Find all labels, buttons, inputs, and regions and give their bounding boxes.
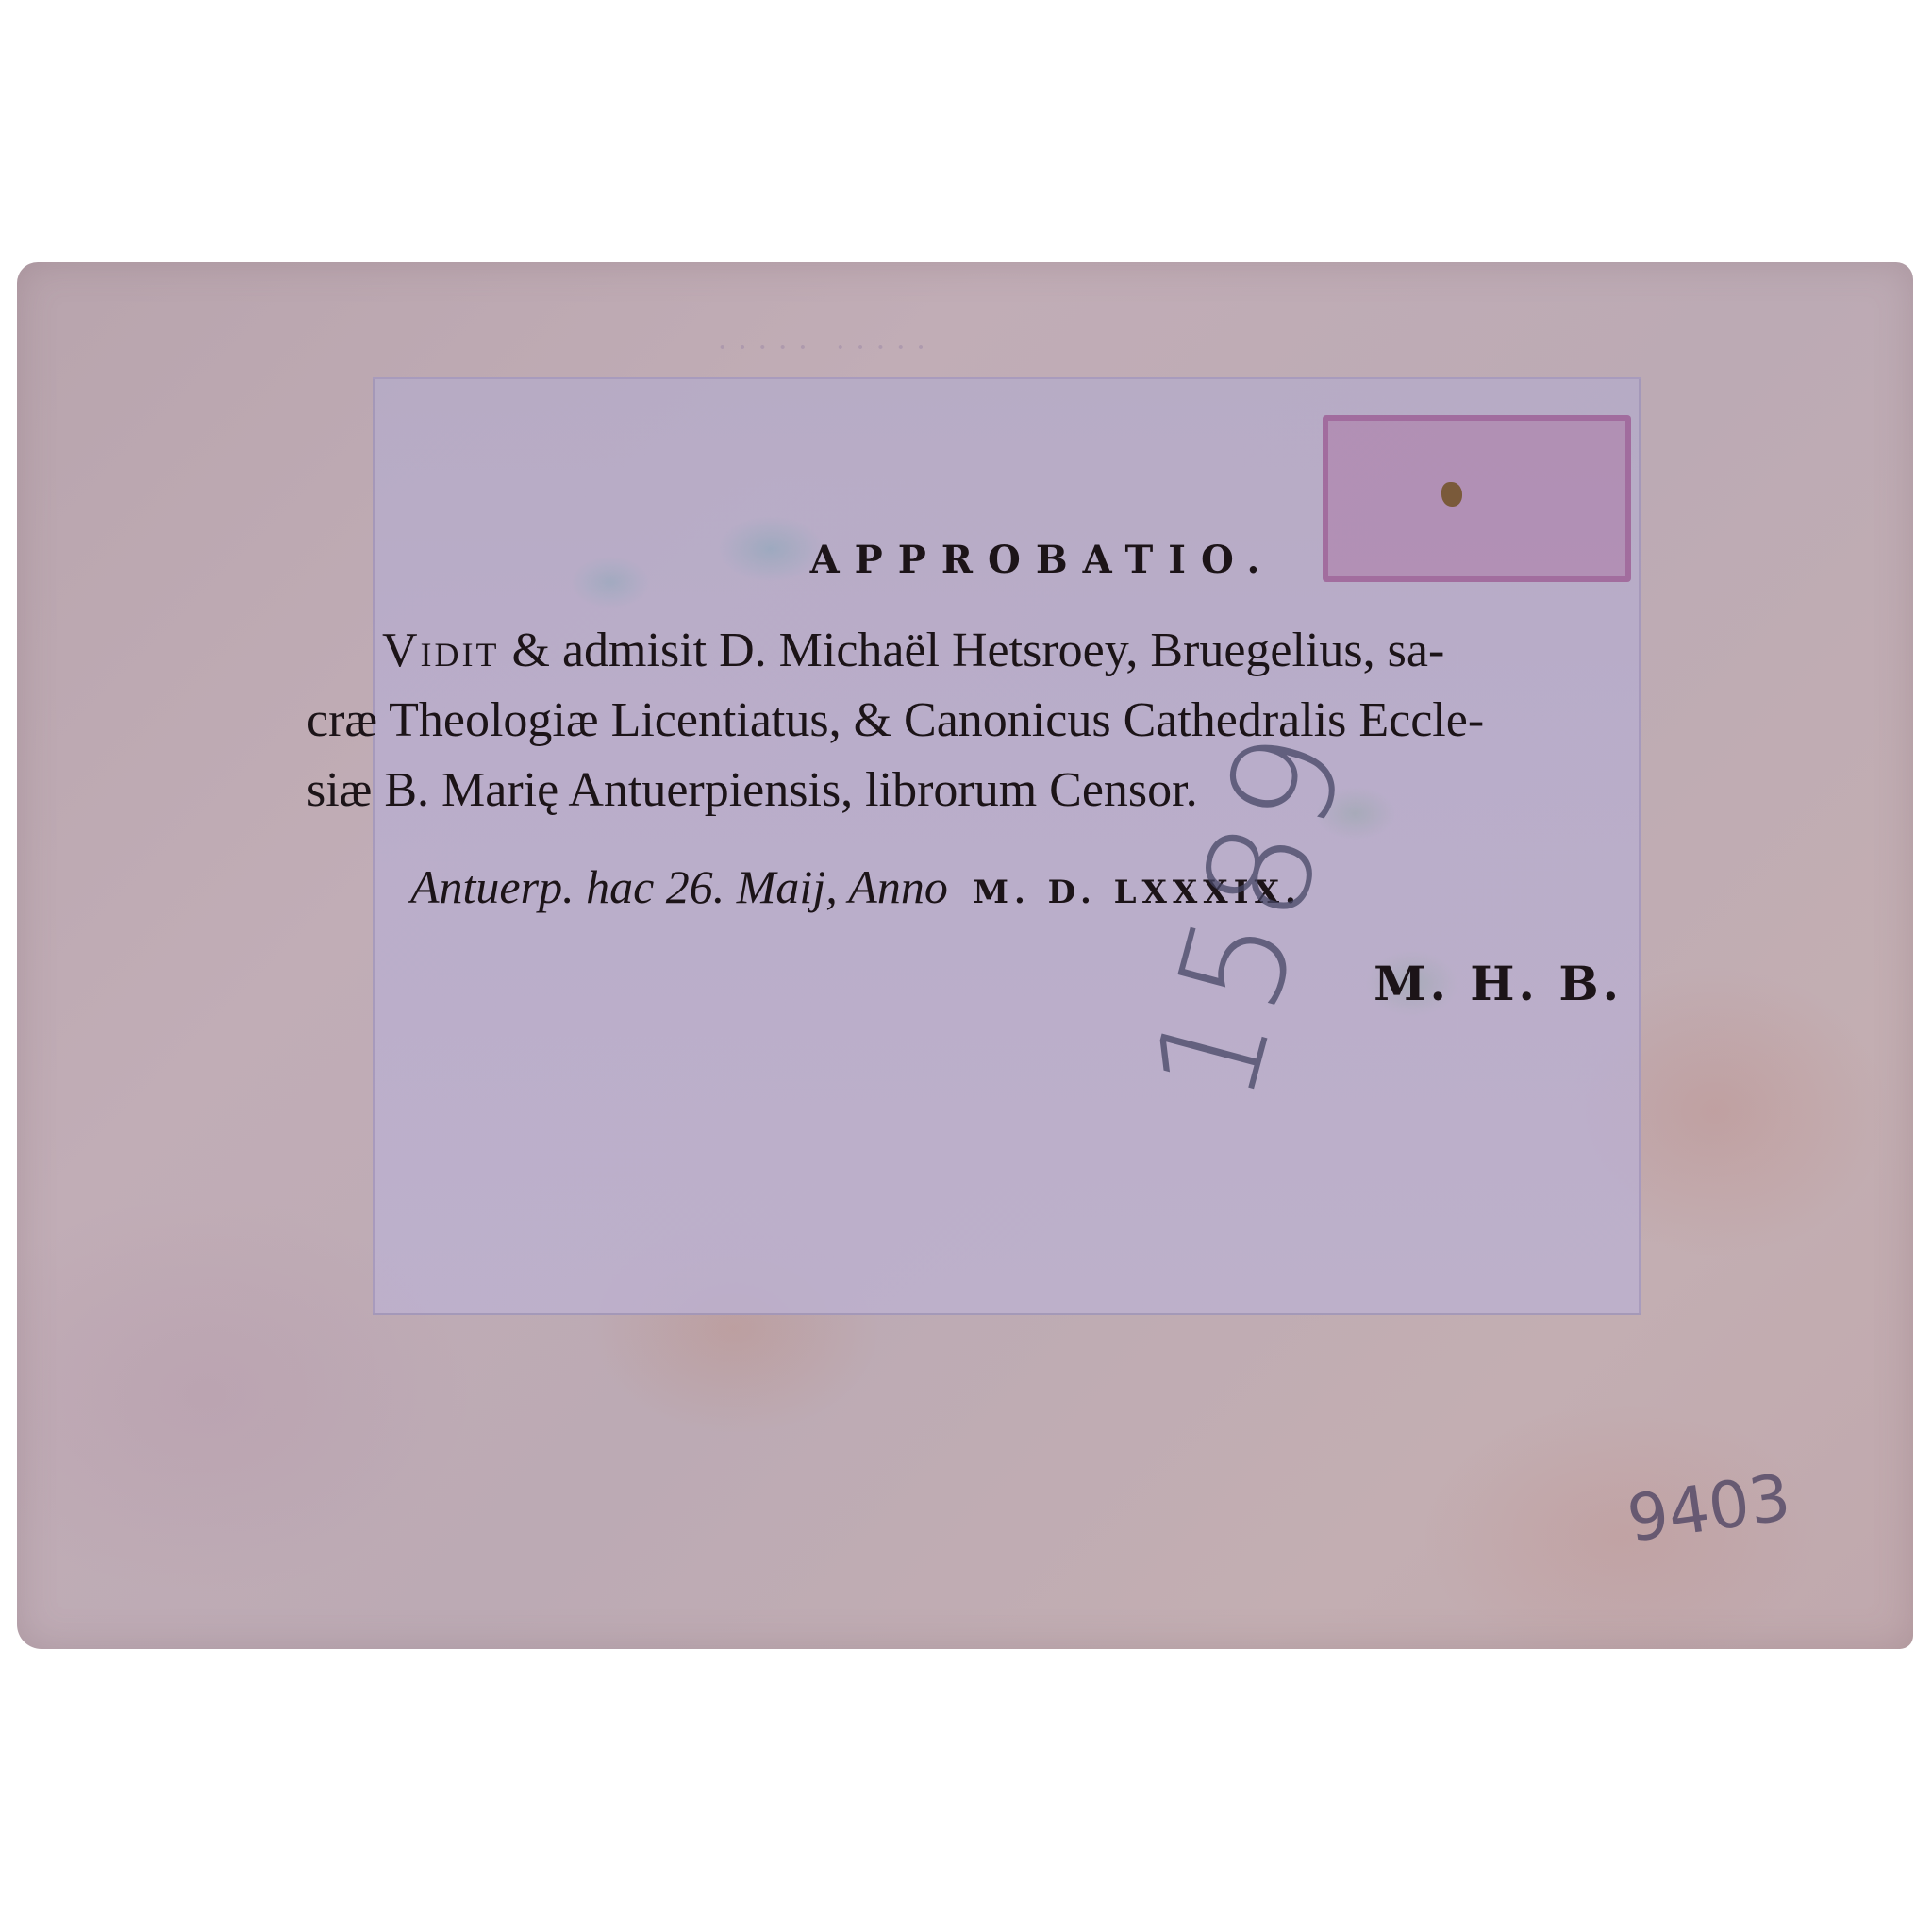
paragraph-line-2: cræ Theologiæ Licentiatus, & Canonicus C… [307, 686, 1674, 756]
paragraph-line-1: Vidit & admisit D. Michaël Hetsroey, Bru… [307, 616, 1674, 686]
stain-spot [1441, 482, 1462, 507]
date-text: Antuerp. hac 26. Maij, Anno [410, 860, 948, 913]
signature-initials: M. H. B. [307, 956, 1623, 1011]
line-1-text: & admisit D. Michaël Hetsroey, Bruegeliu… [500, 624, 1445, 677]
faint-header-show-through: ····· ····· [717, 330, 936, 366]
paragraph-line-3: siæ B. Marię Antuerpiensis, librorum Cen… [307, 756, 1674, 825]
approbation-paragraph: Vidit & admisit D. Michaël Hetsroey, Bru… [307, 616, 1674, 825]
date-line: Antuerp. hac 26. Maij, Anno M. D. LXXXIX… [410, 859, 1674, 914]
lead-word: Vidit [382, 624, 500, 677]
heading-approbatio: APPROBATIO. [410, 538, 1674, 582]
approbation-text-block: APPROBATIO. Vidit & admisit D. Michaël H… [307, 538, 1674, 1011]
